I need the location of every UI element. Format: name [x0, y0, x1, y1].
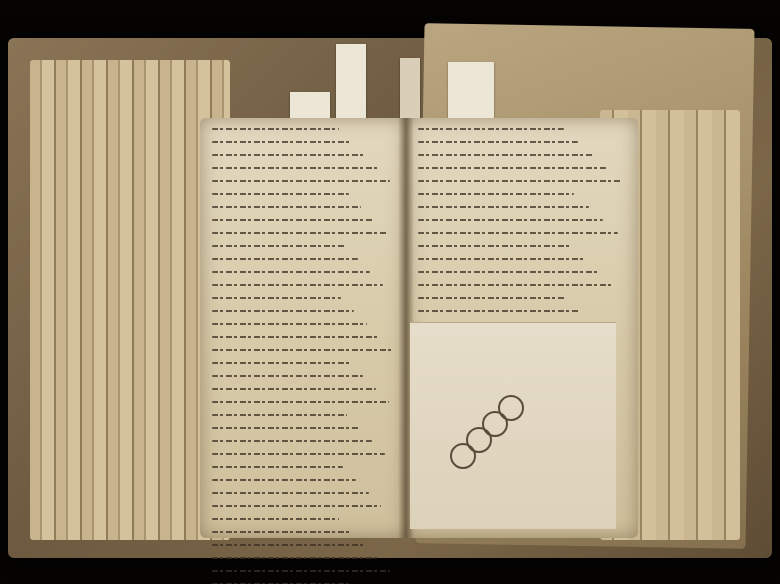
handwritten-line — [418, 310, 580, 312]
handwritten-line — [212, 388, 376, 390]
handwritten-line — [212, 219, 374, 221]
handwritten-line — [418, 245, 570, 247]
handwritten-line — [212, 362, 350, 364]
handwritten-line — [212, 271, 370, 273]
handwritten-line — [418, 154, 593, 156]
handwritten-line — [418, 167, 607, 169]
handwritten-line — [212, 141, 352, 143]
handwritten-line — [212, 466, 343, 468]
handwritten-line — [212, 323, 367, 325]
handwritten-line — [212, 167, 378, 169]
handwritten-line — [418, 232, 618, 234]
handwritten-line — [212, 232, 387, 234]
handwritten-line — [212, 206, 361, 208]
handwritten-line — [212, 349, 392, 351]
left-page — [200, 118, 406, 538]
handwritten-line — [418, 297, 566, 299]
handwritten-line — [212, 479, 356, 481]
handwritten-line — [418, 206, 589, 208]
handwritten-line — [212, 505, 381, 507]
inserted-slip — [400, 58, 420, 120]
handwritten-line — [212, 453, 385, 455]
handwritten-line — [212, 544, 365, 546]
handwritten-line — [212, 154, 365, 156]
pencil-sketch — [410, 322, 616, 529]
inserted-slip — [448, 62, 494, 122]
handwritten-line — [212, 531, 352, 533]
handwritten-line — [212, 401, 389, 403]
handwritten-line — [418, 284, 614, 286]
handwritten-line — [212, 518, 339, 520]
manuscript-photo: An old bound notebook lies open on a bla… — [0, 0, 780, 584]
handwritten-line — [418, 258, 584, 260]
handwritten-line — [418, 193, 574, 195]
handwritten-line — [212, 258, 358, 260]
handwritten-line — [212, 427, 359, 429]
handwritten-line — [418, 271, 599, 273]
handwritten-line — [418, 128, 564, 130]
handwritten-line — [212, 310, 354, 312]
handwritten-line — [212, 284, 383, 286]
handwritten-line — [212, 128, 339, 130]
inserted-slip — [336, 44, 366, 120]
handwritten-line — [212, 297, 341, 299]
handwritten-line — [418, 180, 622, 182]
handwritten-line — [212, 336, 379, 338]
handwritten-line — [418, 141, 578, 143]
sketch-circle — [498, 395, 524, 421]
handwritten-line — [418, 219, 603, 221]
handwriting — [212, 128, 394, 528]
handwritten-line — [212, 557, 378, 559]
handwritten-line — [212, 245, 345, 247]
handwritten-line — [212, 180, 390, 182]
handwritten-line — [212, 570, 390, 572]
handwritten-line — [212, 375, 363, 377]
handwritten-line — [212, 414, 347, 416]
handwritten-line — [212, 193, 349, 195]
handwritten-line — [212, 440, 372, 442]
handwritten-line — [212, 492, 369, 494]
